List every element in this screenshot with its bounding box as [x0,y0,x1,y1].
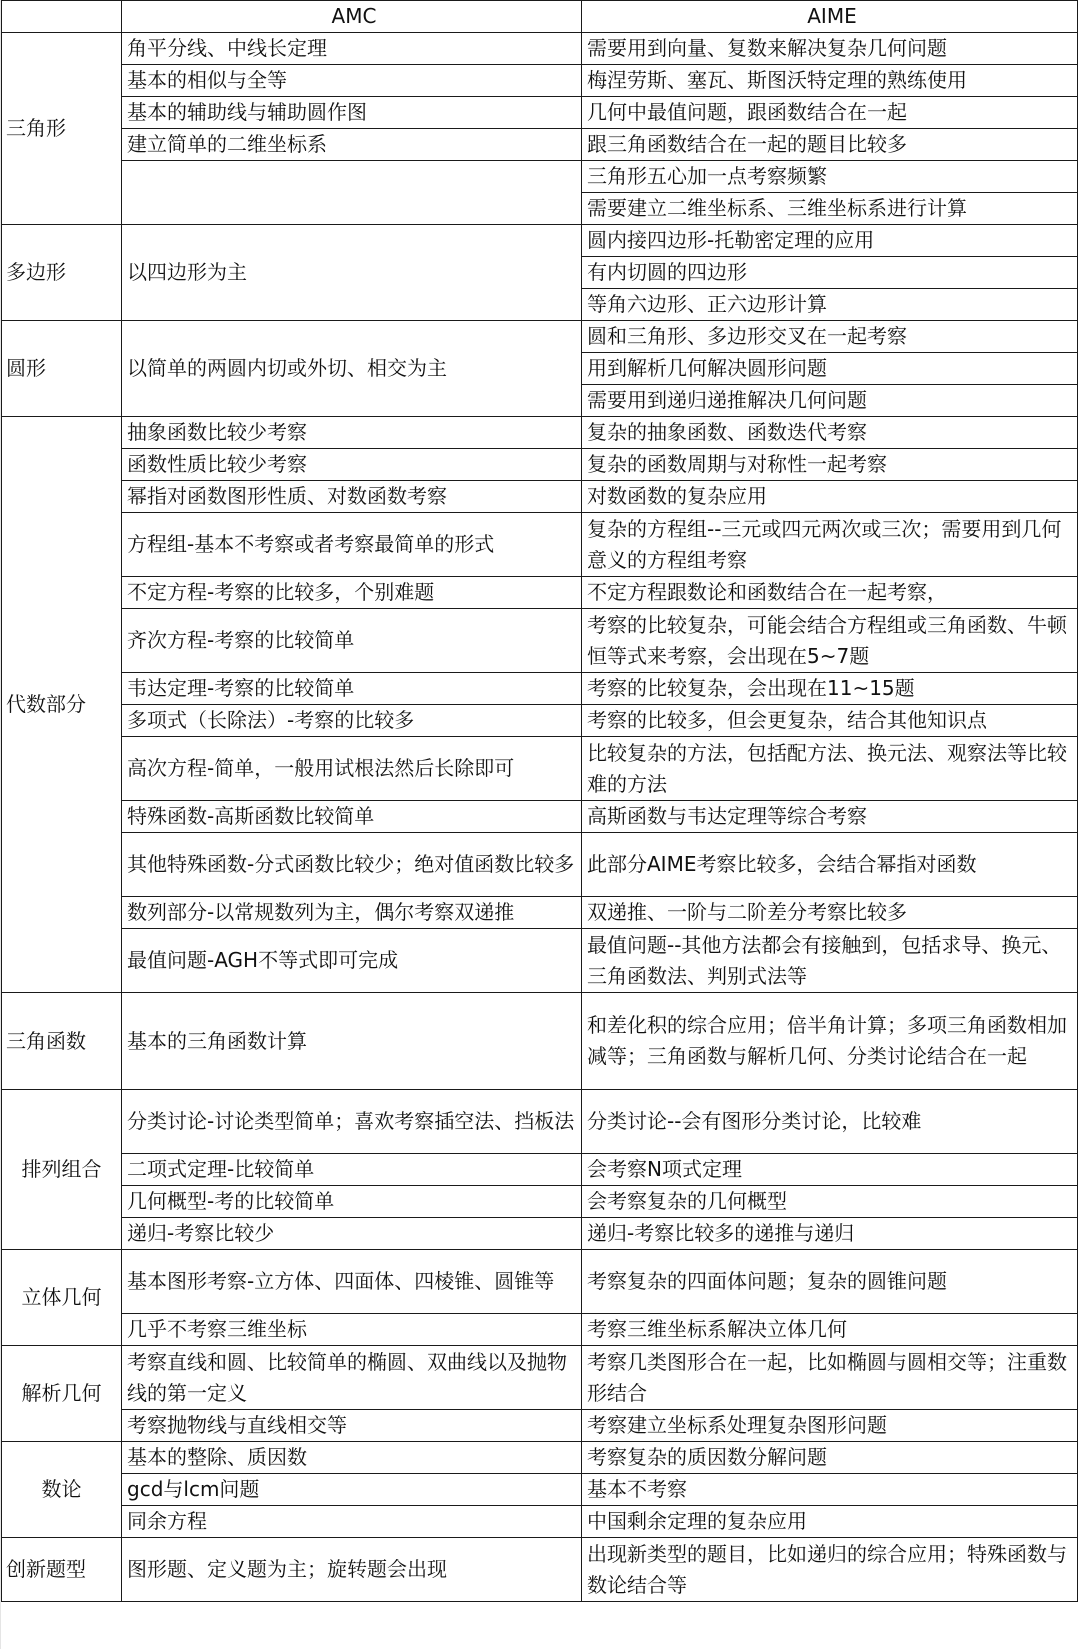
amc-cell: 基本图形考察-立方体、四面体、四棱锥、圆锥等 [122,1250,582,1314]
table-row: 考察抛物线与直线相交等 考察建立坐标系处理复杂图形问题 [2,1410,1078,1442]
table-row: 同余方程 中国剩余定理的复杂应用 [2,1506,1078,1538]
table-row: 基本的辅助线与辅助圆作图 几何中最值问题，跟函数结合在一起 [2,97,1078,129]
aime-cell: 出现新类型的题目，比如递归的综合应用；特殊函数与数论结合等 [582,1538,1078,1602]
table-row: 特殊函数-高斯函数比较简单 高斯函数与韦达定理等综合考察 [2,801,1078,833]
category-triangle: 三角形 [2,33,122,225]
aime-cell: 递归-考察比较多的递推与递归 [582,1218,1078,1250]
amc-cell: 同余方程 [122,1506,582,1538]
aime-cell: 复杂的方程组--三元或四元两次或三次；需要用到几何意义的方程组考察 [582,513,1078,577]
amc-cell: 多项式（长除法）-考察的比较多 [122,705,582,737]
table-row: 三角函数 基本的三角函数计算 和差化积的综合应用；倍半角计算；多项三角函数相加减… [2,993,1078,1090]
header-category [2,1,122,33]
aime-cell: 双递推、一阶与二阶差分考察比较多 [582,897,1078,929]
table-row: 二项式定理-比较简单 会考察N项式定理 [2,1154,1078,1186]
aime-cell: 最值问题--其他方法都会有接触到，包括求导、换元、三角函数法、判别式法等 [582,929,1078,993]
header-aime: AIME [582,1,1078,33]
table-row: 齐次方程-考察的比较简单 考察的比较复杂，可能会结合方程组或三角函数、牛顿恒等式… [2,609,1078,673]
aime-cell: 考察复杂的质因数分解问题 [582,1442,1078,1474]
amc-cell: 数列部分-以常规数列为主，偶尔考察双递推 [122,897,582,929]
aime-cell: 用到解析几何解决圆形问题 [582,353,1078,385]
table-row: 多项式（长除法）-考察的比较多 考察的比较多，但会更复杂，结合其他知识点 [2,705,1078,737]
amc-cell: 特殊函数-高斯函数比较简单 [122,801,582,833]
aime-cell: 考察复杂的四面体问题；复杂的圆锥问题 [582,1250,1078,1314]
header-amc: AMC [122,1,582,33]
table-row: 数论 基本的整除、质因数 考察复杂的质因数分解问题 [2,1442,1078,1474]
amc-cell: 高次方程-简单，一般用试根法然后长除即可 [122,737,582,801]
amc-cell: 最值问题-AGH不等式即可完成 [122,929,582,993]
category-innovative-problems: 创新题型 [2,1538,122,1602]
table-row: 建立简单的二维坐标系 跟三角函数结合在一起的题目比较多 [2,129,1078,161]
amc-cell: 递归-考察比较少 [122,1218,582,1250]
aime-cell: 对数函数的复杂应用 [582,481,1078,513]
table-row: 排列组合 分类讨论-讨论类型简单；喜欢考察插空法、挡板法 分类讨论--会有图形分… [2,1090,1078,1154]
aime-cell: 需要用到递归递推解决几何问题 [582,385,1078,417]
category-polygon: 多边形 [2,225,122,321]
aime-cell: 考察的比较复杂，可能会结合方程组或三角函数、牛顿恒等式来考察，会出现在5~7题 [582,609,1078,673]
table-row: 解析几何 考察直线和圆、比较简单的椭圆、双曲线以及抛物线的第一定义 考察几类图形… [2,1346,1078,1410]
aime-cell: 需要建立二维坐标系、三维坐标系进行计算 [582,193,1078,225]
table-row: 递归-考察比较少 递归-考察比较多的递推与递归 [2,1218,1078,1250]
aime-cell: 考察三维坐标系解决立体几何 [582,1314,1078,1346]
amc-cell: 二项式定理-比较简单 [122,1154,582,1186]
table-row: 创新题型 图形题、定义题为主；旋转题会出现 出现新类型的题目，比如递归的综合应用… [2,1538,1078,1602]
table-row: 几乎不考察三维坐标 考察三维坐标系解决立体几何 [2,1314,1078,1346]
aime-cell: 会考察N项式定理 [582,1154,1078,1186]
amc-cell: 基本的三角函数计算 [122,993,582,1090]
table-row: 方程组-基本不考察或者考察最简单的形式 复杂的方程组--三元或四元两次或三次；需… [2,513,1078,577]
amc-cell: 考察直线和圆、比较简单的椭圆、双曲线以及抛物线的第一定义 [122,1346,582,1410]
table-row: 数列部分-以常规数列为主，偶尔考察双递推 双递推、一阶与二阶差分考察比较多 [2,897,1078,929]
aime-cell: 不定方程跟数论和函数结合在一起考察， [582,577,1078,609]
aime-cell: 跟三角函数结合在一起的题目比较多 [582,129,1078,161]
amc-cell: 以四边形为主 [122,225,582,321]
amc-cell: 建立简单的二维坐标系 [122,129,582,161]
aime-cell: 和差化积的综合应用；倍半角计算；多项三角函数相加减等；三角函数与解析几何、分类讨… [582,993,1078,1090]
aime-cell: 需要用到向量、复数来解决复杂几何问题 [582,33,1078,65]
table-row: 不定方程-考察的比较多，个别难题 不定方程跟数论和函数结合在一起考察， [2,577,1078,609]
amc-cell: 几乎不考察三维坐标 [122,1314,582,1346]
aime-cell: 复杂的函数周期与对称性一起考察 [582,449,1078,481]
table-row: 韦达定理-考察的比较简单 考察的比较复杂，会出现在11~15题 [2,673,1078,705]
aime-cell: 考察的比较复杂，会出现在11~15题 [582,673,1078,705]
aime-cell: 考察建立坐标系处理复杂图形问题 [582,1410,1078,1442]
amc-cell-empty [122,161,582,225]
aime-cell: 复杂的抽象函数、函数迭代考察 [582,417,1078,449]
category-circle: 圆形 [2,321,122,417]
amc-cell: 韦达定理-考察的比较简单 [122,673,582,705]
category-combinatorics: 排列组合 [2,1090,122,1250]
amc-cell: 基本的整除、质因数 [122,1442,582,1474]
aime-cell: 中国剩余定理的复杂应用 [582,1506,1078,1538]
amc-cell: 不定方程-考察的比较多，个别难题 [122,577,582,609]
aime-cell: 圆和三角形、多边形交叉在一起考察 [582,321,1078,353]
table-row: 基本的相似与全等 梅涅劳斯、塞瓦、斯图沃特定理的熟练使用 [2,65,1078,97]
category-trigonometry: 三角函数 [2,993,122,1090]
amc-cell: 考察抛物线与直线相交等 [122,1410,582,1442]
table-row: gcd与lcm问题 基本不考察 [2,1474,1078,1506]
amc-cell: 分类讨论-讨论类型简单；喜欢考察插空法、挡板法 [122,1090,582,1154]
table-row: 高次方程-简单，一般用试根法然后长除即可 比较复杂的方法，包括配方法、换元法、观… [2,737,1078,801]
aime-cell: 会考察复杂的几何概型 [582,1186,1078,1218]
aime-cell: 比较复杂的方法，包括配方法、换元法、观察法等比较难的方法 [582,737,1078,801]
aime-cell: 三角形五心加一点考察频繁 [582,161,1078,193]
amc-cell: 基本的相似与全等 [122,65,582,97]
header-row: AMC AIME [2,1,1078,33]
amc-cell: 其他特殊函数-分式函数比较少；绝对值函数比较多 [122,833,582,897]
amc-cell: 基本的辅助线与辅助圆作图 [122,97,582,129]
amc-cell: 抽象函数比较少考察 [122,417,582,449]
table-row: 函数性质比较少考察 复杂的函数周期与对称性一起考察 [2,449,1078,481]
aime-cell: 梅涅劳斯、塞瓦、斯图沃特定理的熟练使用 [582,65,1078,97]
amc-cell: 图形题、定义题为主；旋转题会出现 [122,1538,582,1602]
aime-cell: 有内切圆的四边形 [582,257,1078,289]
aime-cell: 基本不考察 [582,1474,1078,1506]
table-row: 其他特殊函数-分式函数比较少；绝对值函数比较多 此部分AIME考察比较多，会结合… [2,833,1078,897]
amc-cell: 以简单的两圆内切或外切、相交为主 [122,321,582,417]
amc-cell: 角平分线、中线长定理 [122,33,582,65]
category-algebra: 代数部分 [2,417,122,993]
table-row: 圆形 以简单的两圆内切或外切、相交为主 圆和三角形、多边形交叉在一起考察 [2,321,1078,353]
table-row: 立体几何 基本图形考察-立方体、四面体、四棱锥、圆锥等 考察复杂的四面体问题；复… [2,1250,1078,1314]
aime-cell: 考察几类图形合在一起，比如椭圆与圆相交等；注重数形结合 [582,1346,1078,1410]
amc-aime-comparison-table: AMC AIME 三角形 角平分线、中线长定理 需要用到向量、复数来解决复杂几何… [1,0,1078,1602]
amc-cell: 方程组-基本不考察或者考察最简单的形式 [122,513,582,577]
amc-cell: 几何概型-考的比较简单 [122,1186,582,1218]
aime-cell: 考察的比较多，但会更复杂，结合其他知识点 [582,705,1078,737]
amc-cell: 幂指对函数图形性质、对数函数考察 [122,481,582,513]
aime-cell: 此部分AIME考察比较多，会结合幂指对函数 [582,833,1078,897]
table-row: 三角形五心加一点考察频繁 [2,161,1078,193]
amc-cell: 齐次方程-考察的比较简单 [122,609,582,673]
amc-cell: 函数性质比较少考察 [122,449,582,481]
category-solid-geometry: 立体几何 [2,1250,122,1346]
aime-cell: 圆内接四边形-托勒密定理的应用 [582,225,1078,257]
aime-cell: 分类讨论--会有图形分类讨论，比较难 [582,1090,1078,1154]
table-row: 三角形 角平分线、中线长定理 需要用到向量、复数来解决复杂几何问题 [2,33,1078,65]
table-row: 几何概型-考的比较简单 会考察复杂的几何概型 [2,1186,1078,1218]
table-row: 幂指对函数图形性质、对数函数考察 对数函数的复杂应用 [2,481,1078,513]
table-row: 最值问题-AGH不等式即可完成 最值问题--其他方法都会有接触到，包括求导、换元… [2,929,1078,993]
category-analytic-geometry: 解析几何 [2,1346,122,1442]
table-row: 多边形 以四边形为主 圆内接四边形-托勒密定理的应用 [2,225,1078,257]
aime-cell: 几何中最值问题，跟函数结合在一起 [582,97,1078,129]
aime-cell: 高斯函数与韦达定理等综合考察 [582,801,1078,833]
amc-cell: gcd与lcm问题 [122,1474,582,1506]
aime-cell: 等角六边形、正六边形计算 [582,289,1078,321]
category-number-theory: 数论 [2,1442,122,1538]
table-row: 代数部分 抽象函数比较少考察 复杂的抽象函数、函数迭代考察 [2,417,1078,449]
